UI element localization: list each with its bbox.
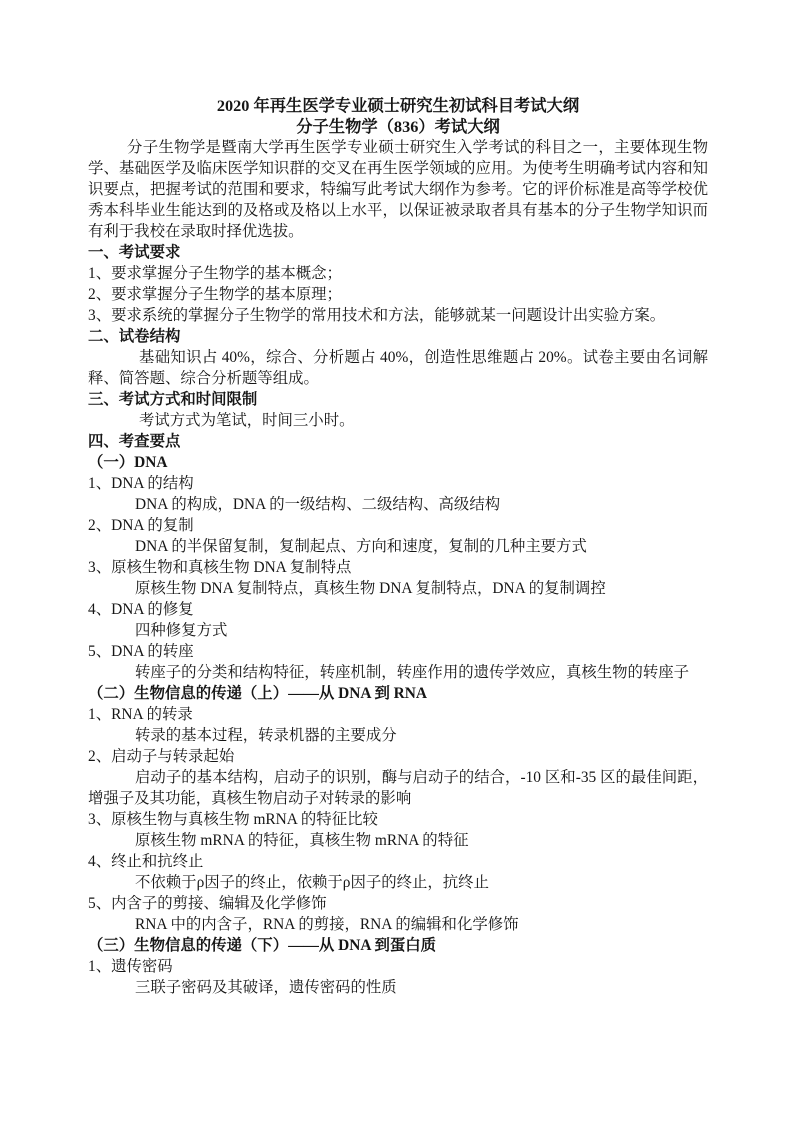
intro-paragraph: 分子生物学是暨南大学再生医学专业硕士研究生入学考试的科目之一，主要体现生物学、基… (88, 137, 708, 242)
topic-title: 5、DNA 的转座 (88, 641, 708, 662)
topic-detail: 四种修复方式 (88, 620, 708, 641)
exam-syllabus-page: 2020 年再生医学专业硕士研究生初试科目考试大纲 分子生物学（836）考试大纲… (0, 0, 793, 1122)
topic-title: 1、遗传密码 (88, 956, 708, 977)
section-3-heading: 三、考试方式和时间限制 (88, 389, 708, 410)
subsection-dna-to-rna-heading: （二）生物信息的传递（上）——从 DNA 到 RNA (88, 683, 708, 704)
topic-detail: DNA 的半保留复制，复制起点、方向和速度，复制的几种主要方式 (88, 536, 708, 557)
topic-title: 4、DNA 的修复 (88, 599, 708, 620)
topic-title: 4、终止和抗终止 (88, 851, 708, 872)
section-3-body: 考试方式为笔试，时间三小时。 (88, 410, 708, 431)
topic-detail: 转录的基本过程，转录机器的主要成分 (88, 725, 708, 746)
topic-detail: 原核生物 DNA 复制特点，真核生物 DNA 复制特点，DNA 的复制调控 (88, 578, 708, 599)
topic-title: 2、启动子与转录起始 (88, 746, 708, 767)
requirement-item-1: 1、要求掌握分子生物学的基本概念； (88, 263, 708, 284)
course-title: 分子生物学（836）考试大纲 (88, 116, 708, 137)
document-title: 2020 年再生医学专业硕士研究生初试科目考试大纲 (88, 95, 708, 116)
section-2-heading: 二、试卷结构 (88, 326, 708, 347)
topic-detail: 不依赖于ρ因子的终止，依赖于ρ因子的终止，抗终止 (88, 872, 708, 893)
requirement-item-2: 2、要求掌握分子生物学的基本原理； (88, 284, 708, 305)
section-1-heading: 一、考试要求 (88, 242, 708, 263)
topic-detail: RNA 中的内含子，RNA 的剪接，RNA 的编辑和化学修饰 (88, 914, 708, 935)
subsection-dna-heading: （一）DNA (88, 452, 708, 473)
subsection-dna-to-protein-heading: （三）生物信息的传递（下）——从 DNA 到蛋白质 (88, 935, 708, 956)
requirement-item-3: 3、要求系统的掌握分子生物学的常用技术和方法，能够就某一问题设计出实验方案。 (88, 305, 708, 326)
topic-detail: 转座子的分类和结构特征，转座机制，转座作用的遗传学效应，真核生物的转座子 (88, 662, 708, 683)
topic-title: 1、RNA 的转录 (88, 704, 708, 725)
topic-title: 1、DNA 的结构 (88, 473, 708, 494)
topic-detail: 原核生物 mRNA 的特征，真核生物 mRNA 的特征 (88, 830, 708, 851)
topic-title: 3、原核生物与真核生物 mRNA 的特征比较 (88, 809, 708, 830)
topic-detail: 三联子密码及其破译，遗传密码的性质 (88, 977, 708, 998)
section-2-body: 基础知识占 40%，综合、分析题占 40%，创造性思维题占 20%。试卷主要由名… (88, 347, 708, 389)
topic-detail: 启动子的基本结构，启动子的识别，酶与启动子的结合，-10 区和-35 区的最佳间… (88, 767, 708, 809)
topic-title: 2、DNA 的复制 (88, 515, 708, 536)
topic-detail: DNA 的构成，DNA 的一级结构、二级结构、高级结构 (88, 494, 708, 515)
section-4-heading: 四、考查要点 (88, 431, 708, 452)
topic-title: 5、内含子的剪接、编辑及化学修饰 (88, 893, 708, 914)
topic-title: 3、原核生物和真核生物 DNA 复制特点 (88, 557, 708, 578)
